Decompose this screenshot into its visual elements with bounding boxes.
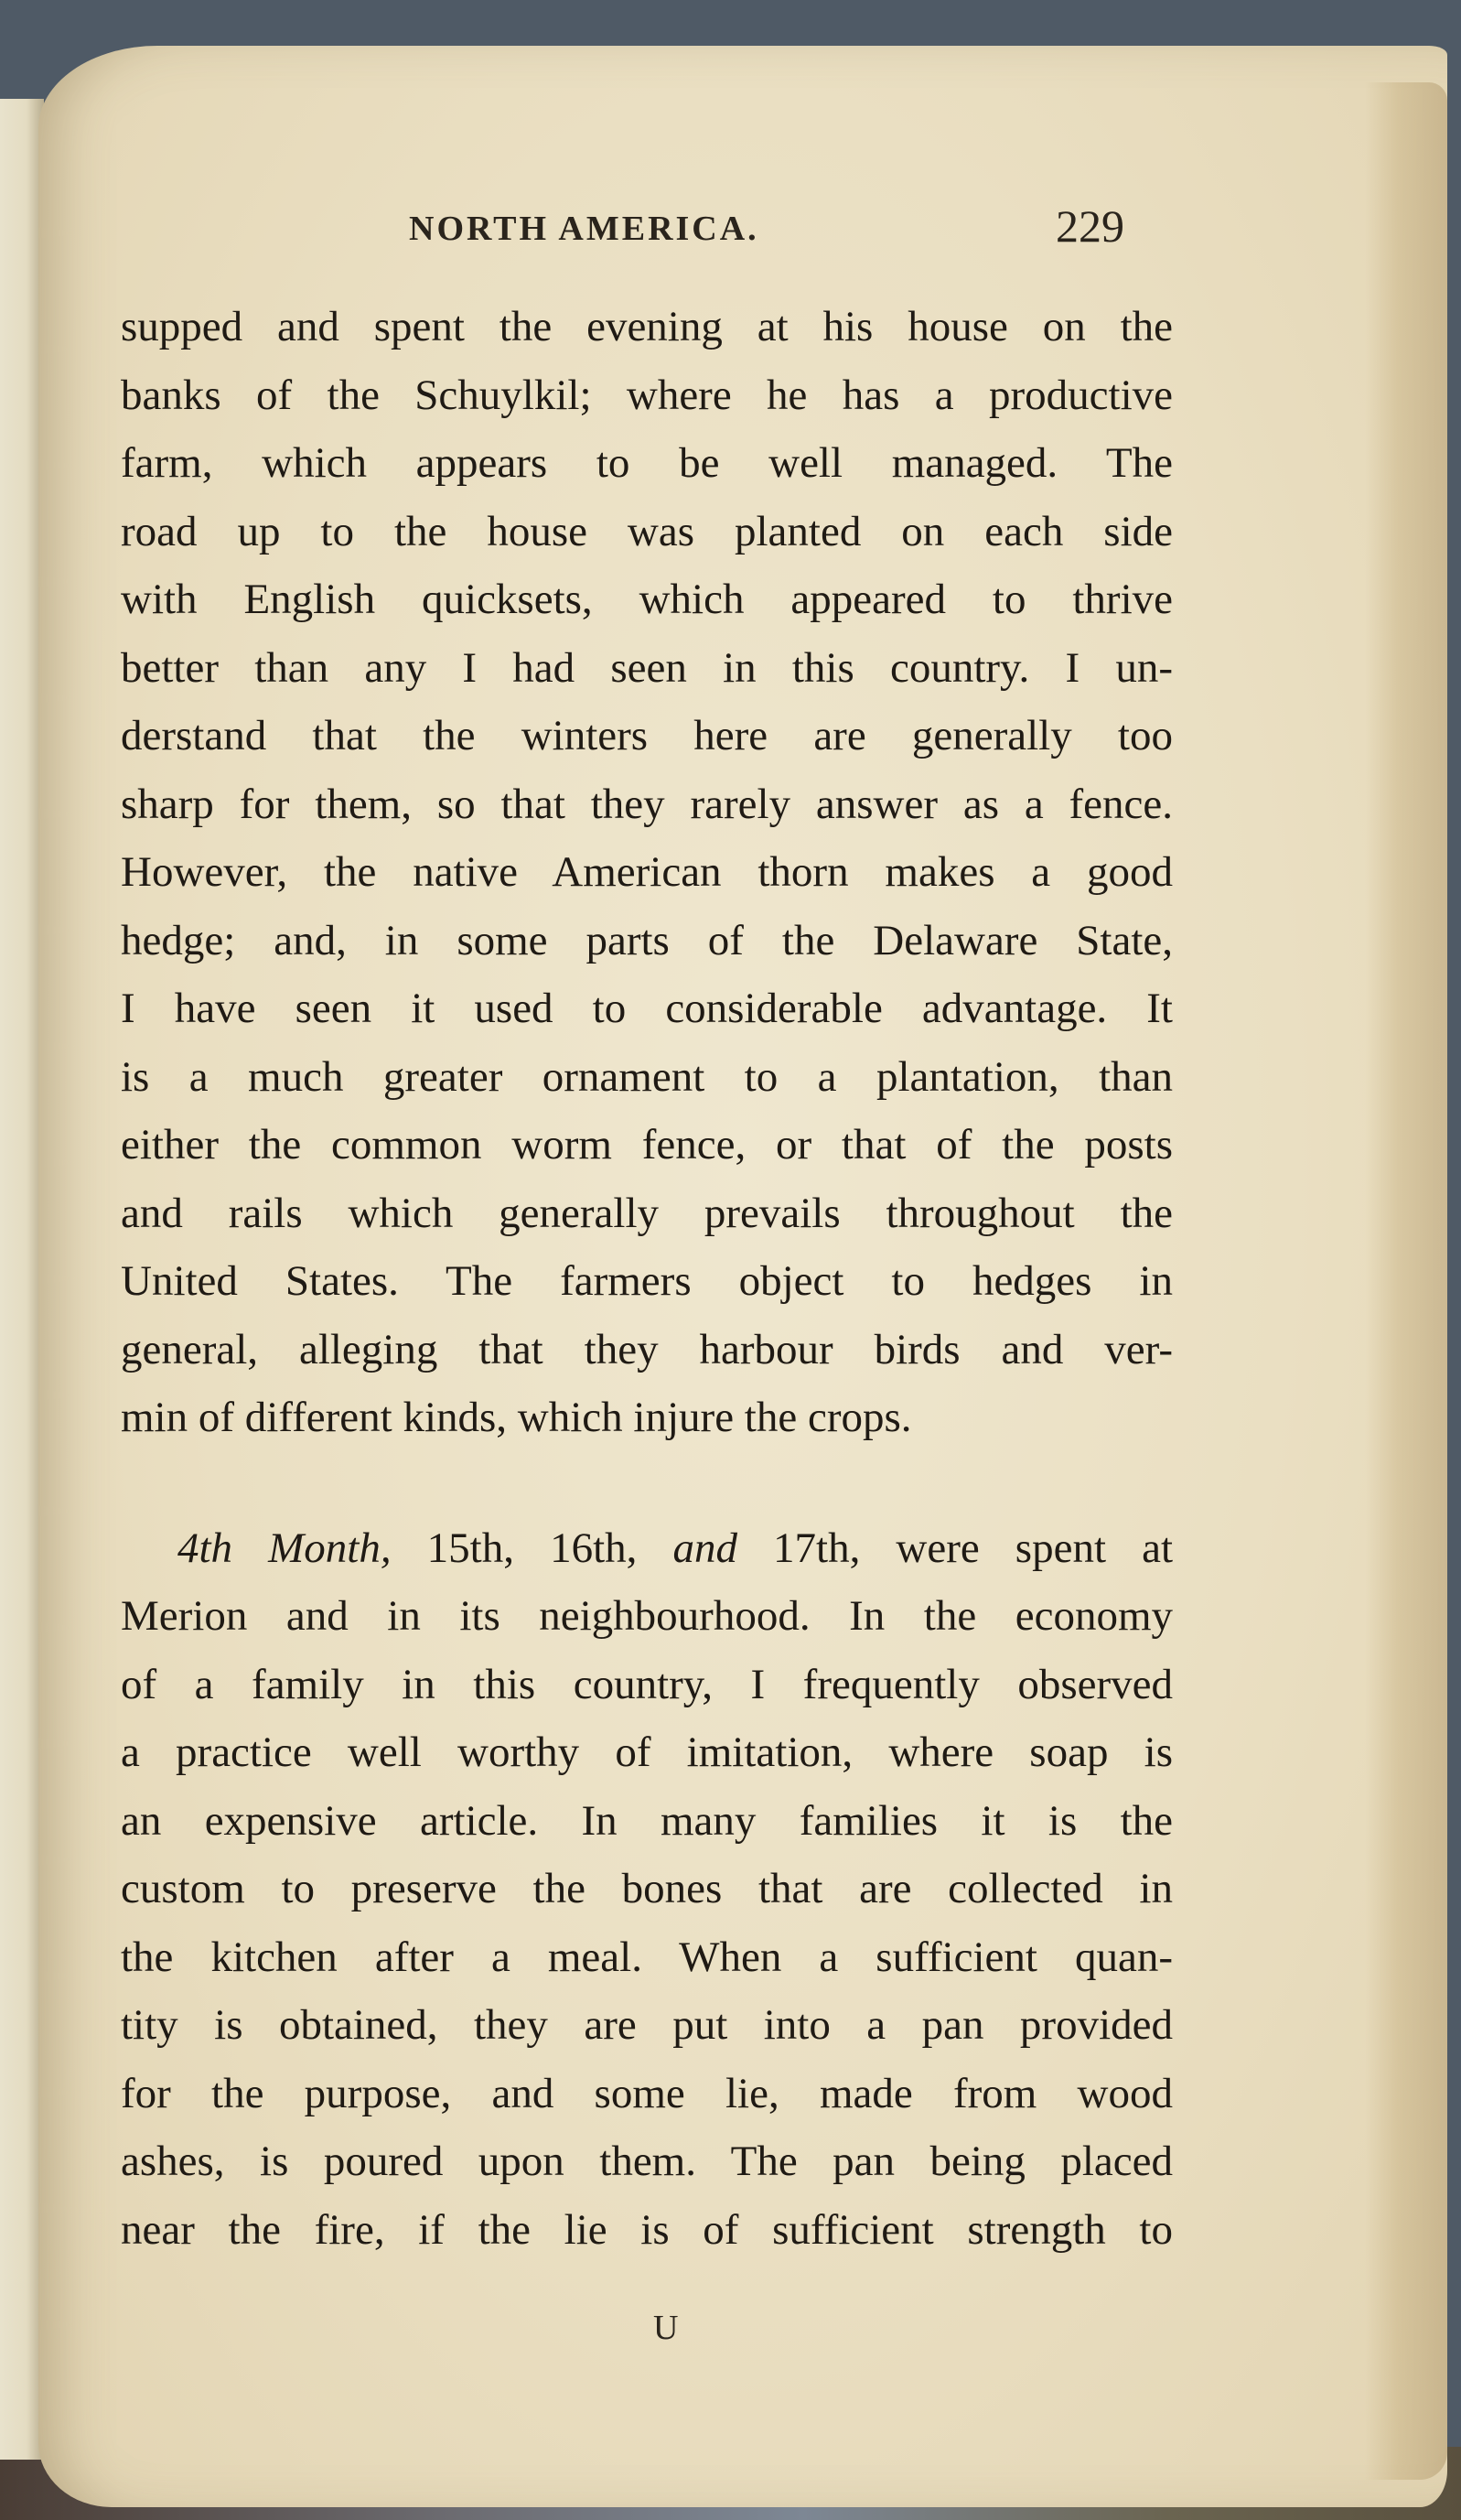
signature-mark: U: [653, 2308, 678, 2348]
page-number: 229: [1056, 199, 1124, 253]
text-line: tity is obtained, they are put into a pa…: [121, 1991, 1173, 2060]
text-line: the kitchen after a meal. When a suffici…: [121, 1923, 1173, 1992]
page-fore-edge: [1365, 82, 1447, 2480]
text-line: United States. The farmers object to hed…: [121, 1247, 1173, 1316]
paragraph-1: supped and spent the evening at his hous…: [121, 293, 1173, 1452]
text-line: an expensive article. In many families i…: [121, 1787, 1173, 1856]
text-line: custom to preserve the bones that are co…: [121, 1855, 1173, 1923]
text-line: either the common worm fence, or that of…: [121, 1111, 1173, 1179]
text-line: I have seen it used to considerable adva…: [121, 975, 1173, 1043]
text-line: better than any I had seen in this count…: [121, 634, 1173, 703]
date-month: 4th Month,: [177, 1524, 392, 1572]
text-line: min of different kinds, which injure the…: [121, 1384, 1173, 1452]
date-day-2: 16th,: [550, 1524, 637, 1572]
text-line: sharp for them, so that they rarely answ…: [121, 770, 1173, 839]
paragraph-gap: [121, 1452, 1173, 1514]
body-text: supped and spent the evening at his hous…: [121, 293, 1173, 2264]
text-line: supped and spent the evening at his hous…: [121, 293, 1173, 361]
text-line: a practice well worthy of imitation, whe…: [121, 1718, 1173, 1787]
date-day-3: 17th,: [773, 1524, 860, 1572]
text-line: hedge; and, in some parts of the Delawar…: [121, 907, 1173, 975]
text-line: near the fire, if the lie is of sufficie…: [121, 2196, 1173, 2265]
text-line: for the purpose, and some lie, made from…: [121, 2060, 1173, 2128]
book-page: NORTH AMERICA. 229 supped and spent the …: [38, 46, 1447, 2507]
text-line: ashes, is poured upon them. The pan bein…: [121, 2127, 1173, 2196]
text-line: Merion and in its neighbourhood. In the …: [121, 1582, 1173, 1651]
text-line: derstand that the winters here are gener…: [121, 702, 1173, 770]
text-line: is a much greater ornament to a plantati…: [121, 1043, 1173, 1112]
running-head: NORTH AMERICA.: [409, 209, 759, 249]
date-and: and: [672, 1524, 737, 1572]
page-header: NORTH AMERICA. 229: [38, 199, 1447, 254]
text-line: with English quicksets, which appeared t…: [121, 565, 1173, 634]
text-line: banks of the Schuylkil; where he has a p…: [121, 361, 1173, 430]
text-line: and rails which generally prevails throu…: [121, 1179, 1173, 1248]
date-day-1: 15th,: [427, 1524, 514, 1572]
date-heading-line: 4th Month, 15th, 16th, and 17th, were sp…: [121, 1514, 1173, 1583]
text-line: farm, which appears to be well managed. …: [121, 429, 1173, 498]
date-heading-rest: were spent at: [896, 1524, 1173, 1572]
paragraph-2: 4th Month, 15th, 16th, and 17th, were sp…: [121, 1514, 1173, 2265]
text-line: general, alleging that they harbour bird…: [121, 1316, 1173, 1384]
text-line: road up to the house was planted on each…: [121, 498, 1173, 566]
facing-page-edge: [0, 99, 44, 2460]
text-line: However, the native American thorn makes…: [121, 838, 1173, 907]
text-line: of a family in this country, I frequentl…: [121, 1651, 1173, 1719]
